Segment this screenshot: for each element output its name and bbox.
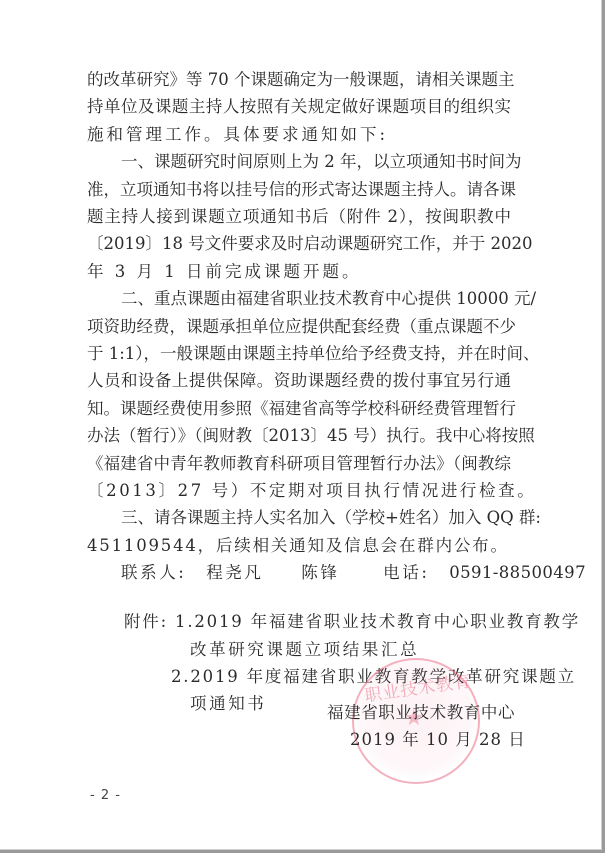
body-line: 〔2013〕27 号）不定期对项目执行情况进行检查。	[87, 481, 536, 501]
document-page: 的改革研究》等 70 个课题确定为一般课题，请相关课题主 持单位及课题主持人按照…	[0, 0, 602, 850]
body-line: 准，立项通知书将以挂号信的形式寄达课题主持人。请各课	[87, 180, 511, 200]
signature-organization: 福建省职业技术教育中心	[327, 703, 515, 723]
section-three-heading-line: 三、请各课题主持人实名加入（学校+姓名）加入 QQ 群:	[121, 508, 511, 528]
contact-line: 联系人: 程尧凡 陈锋 电话: 0591-88500497	[121, 563, 586, 583]
body-line: 年 3 月 1 日前完成课题开题。	[87, 262, 361, 282]
body-line: 于 1:1），一般课题由课题主持单位给予经费支持，并在时间、	[87, 344, 511, 364]
page-number: - 2 -	[90, 788, 121, 803]
body-line: 知。课题经费使用参照《福建省高等学校科研经费管理暂行	[87, 399, 511, 419]
signature-date: 2019 年 10 月 28 日	[350, 730, 526, 750]
phone-label: 电话:	[383, 563, 429, 582]
attachment-2-line-1: 2.2019 年度福建省职业教育教学改革研究课题立	[171, 667, 576, 687]
body-line: 的改革研究》等 70 个课题确定为一般课题，请相关课题主	[87, 70, 511, 90]
contact-name-2: 陈锋	[301, 563, 339, 582]
section-two-heading-line: 二、重点课题由福建省职业技术教育中心提供 10000 元/	[121, 289, 511, 309]
body-line: 题主持人接到课题立项通知书后（附件 2），按闽职教中	[87, 207, 511, 227]
attachment-1-line-2: 改革研究课题立项结果汇总	[190, 640, 419, 660]
body-line: 持单位及课题主持人按照有关规定做好课题项目的组织实	[87, 97, 511, 117]
body-line: 办法（暂行）》（闽财教〔2013〕45 号）执行。我中心将按照	[87, 426, 511, 446]
body-line: 人员和设备上提供保障。资助课题经费的拨付事宜另行通	[87, 371, 511, 391]
body-line: 《福建省中青年教师教育科研项目管理暂行办法》（闽教综	[87, 454, 511, 474]
contact-label: 联系人:	[121, 563, 186, 582]
body-line: 〔2019〕18 号文件要求及时启动课题研究工作，并于 2020	[87, 234, 511, 254]
section-one-heading-line: 一、课题研究时间原则上为 2 年，以立项通知书时间为	[121, 152, 511, 172]
phone-number: 0591-88500497	[449, 563, 586, 582]
body-line: 451109544，后续相关通知及信息会在群内公布。	[87, 536, 509, 556]
attachment-2-line-2: 项通知书	[190, 694, 266, 714]
contact-name-1: 程尧凡	[206, 563, 263, 582]
body-line: 施和管理工作。具体要求通知如下:	[87, 125, 388, 145]
attachment-item-1: 附件: 1.2019 年福建省职业技术教育中心职业教育教学	[124, 612, 580, 632]
attachment-label: 附件:	[124, 612, 168, 631]
body-line: 项资助经费，课题承担单位应提供配套经费（重点课题不少	[87, 317, 511, 337]
attachment-1-line-1: 1.2019 年福建省职业技术教育中心职业教育教学	[175, 612, 580, 631]
